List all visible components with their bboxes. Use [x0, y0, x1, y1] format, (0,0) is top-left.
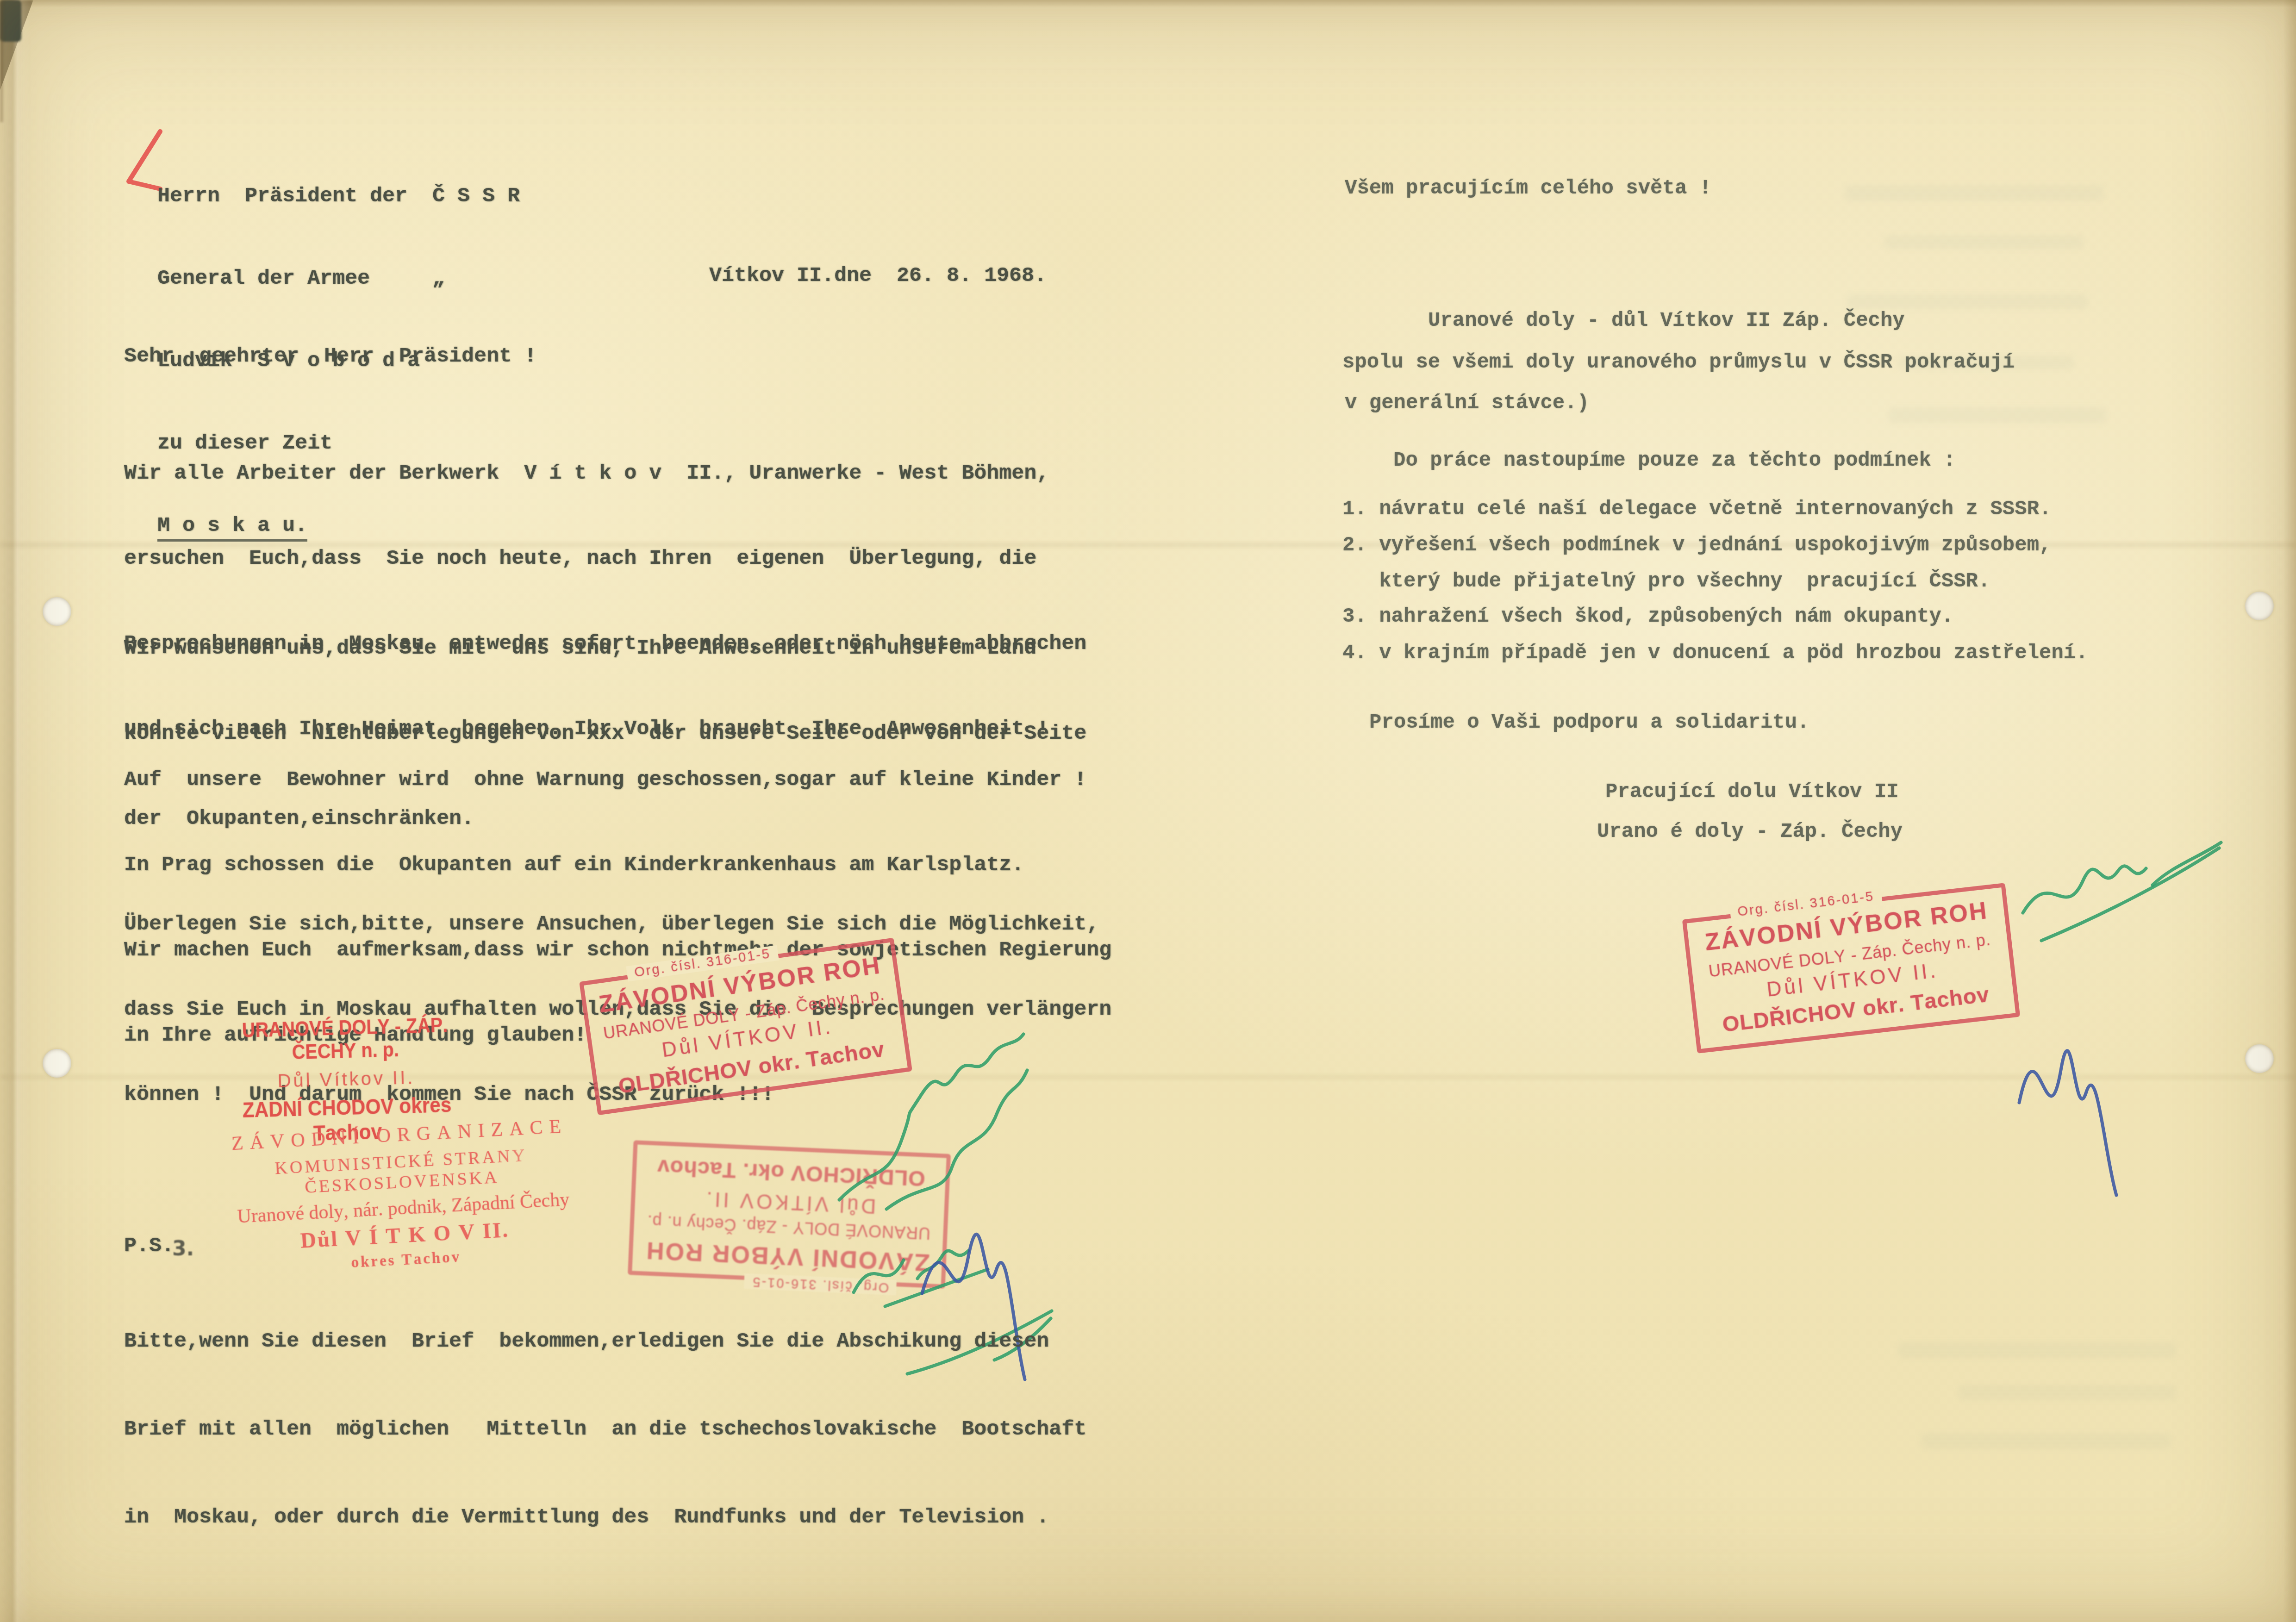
condition-line: 1. návratu celé naší delegace včetně int… [1342, 498, 2051, 521]
condition-line: 3. nahražení všech škod, způsobených nám… [1342, 605, 1953, 628]
blue-ink-signature [1990, 986, 2125, 1199]
roh-committee-stamp: Org. čísl. 316-01-5 ZÁVODNÍ VÝBOR ROH UR… [1682, 883, 2020, 1054]
signoff-line: Pracující dolu Vítkov II [1605, 780, 1899, 804]
condition-line: 4. v krajním případě jen v donucení a pö… [1342, 642, 2088, 665]
signoff-line: Urano é doly - Záp. Čechy [1597, 820, 1903, 843]
appeal-line: Prosíme o Vaši podporu a solidaritu. [1369, 711, 1809, 734]
scanned-letter-document: Herrn Präsident der Č S S R General der … [0, 0, 2296, 1622]
intro-line: spolu se všemi doly uranového průmyslu v… [1342, 351, 2015, 374]
page-heading: Všem pracujícím celého světa ! [1345, 177, 1711, 200]
intro-line: v generální stávce.) [1345, 392, 1589, 415]
green-ink-signature [2014, 829, 2227, 967]
conditions-heading: Do práce nastoupíme pouze za těchto podm… [1393, 449, 1956, 472]
intro-line: Uranové doly - důl Vítkov II Záp. Čechy [1428, 309, 1905, 332]
condition-line: 2. vyřešení všech podmínek v jednání usp… [1342, 534, 2051, 557]
letter-czech-page: Všem pracujícím celého světa ! Uranové d… [0, 0, 2296, 1622]
condition-line: který bude přijatelný pro všechny pracuj… [1342, 570, 1990, 593]
